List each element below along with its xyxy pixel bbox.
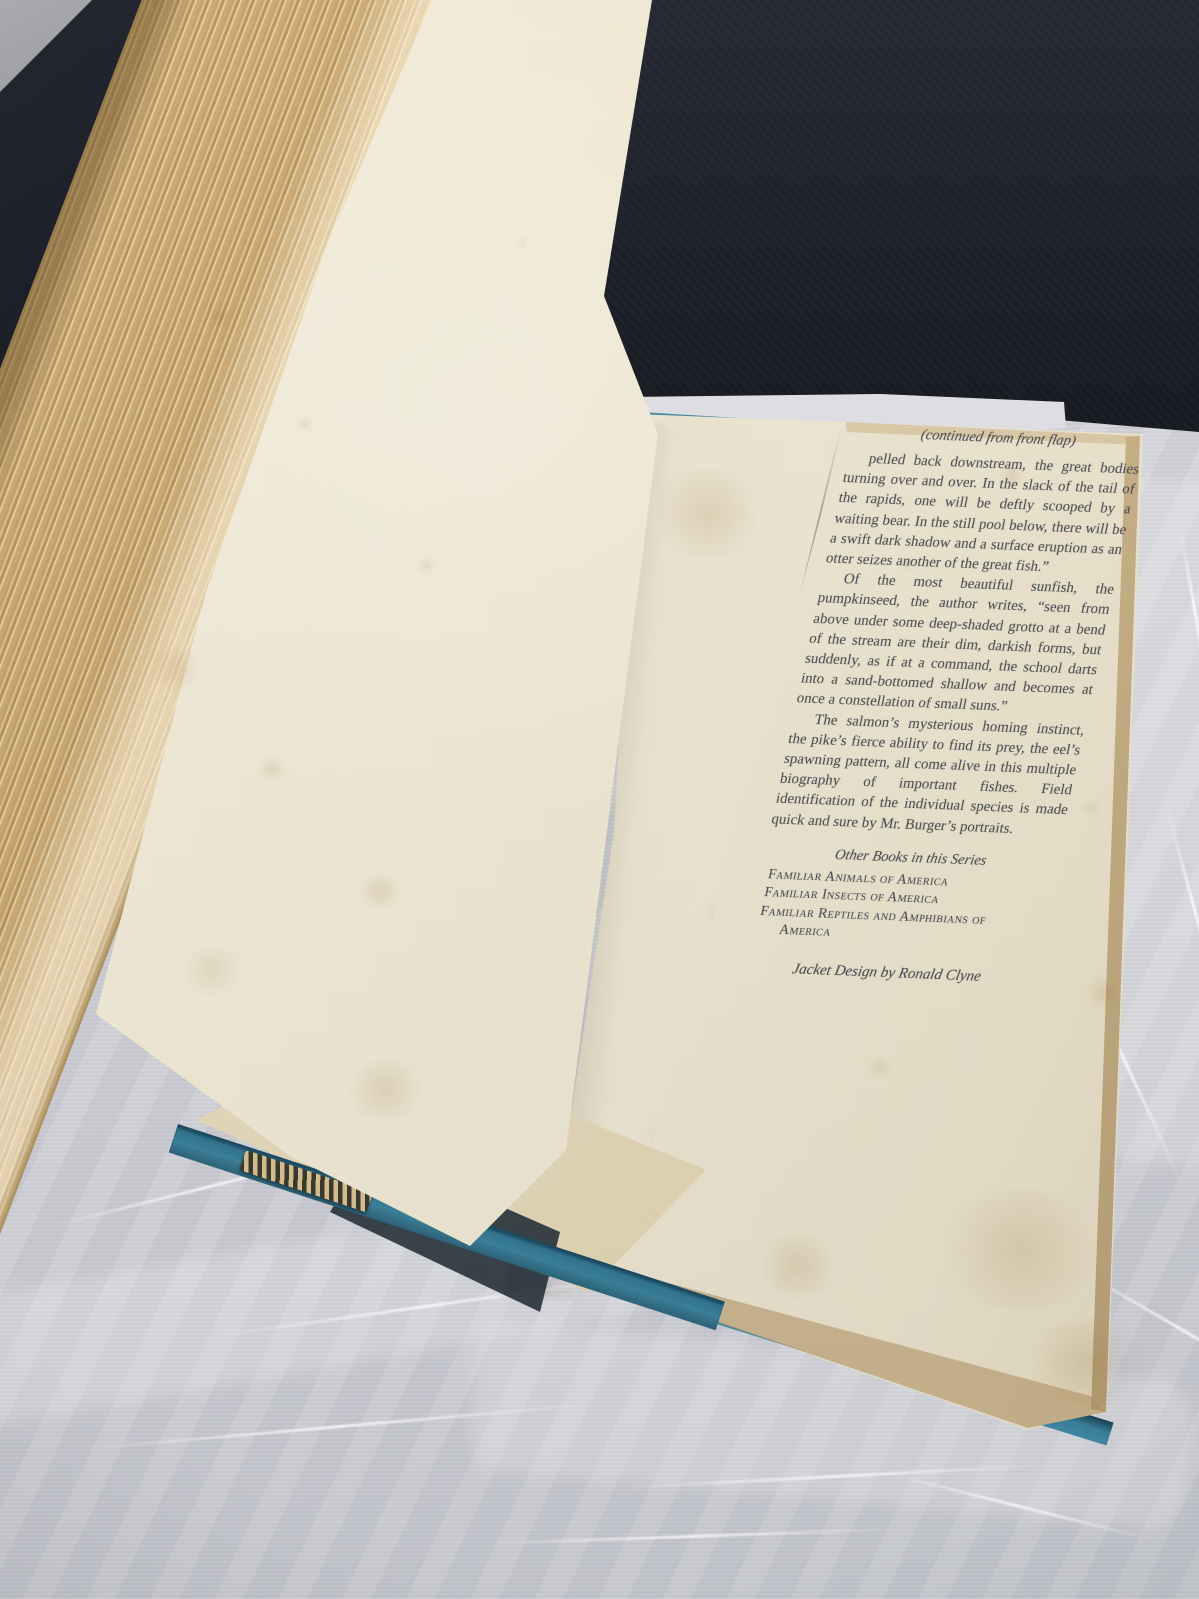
foxing-spot	[648, 468, 768, 558]
foxing-spot	[298, 418, 313, 430]
foxing-spot	[866, 1058, 893, 1077]
foxing-spot	[1082, 800, 1101, 815]
foxing-spot	[1020, 1320, 1150, 1405]
foxing-spot	[356, 876, 404, 907]
foxing-spot	[176, 946, 248, 994]
foxing-spot	[930, 1190, 1110, 1310]
foxing-spot	[418, 558, 435, 572]
foxing-spot	[146, 648, 208, 690]
foxing-spot	[340, 1060, 430, 1120]
foxing-spot	[256, 758, 288, 781]
foxing-spot	[516, 238, 529, 249]
plastic-streak	[480, 1528, 900, 1546]
foxing-spot	[1090, 970, 1116, 1016]
foxing-spot	[750, 1235, 845, 1297]
series-list: Familiar Animals of America Familiar Ins…	[747, 866, 1042, 951]
photo-open-book: (continued from front flap) pelled back …	[0, 0, 1199, 1599]
foxing-spot	[208, 306, 235, 327]
flap-paragraph: Of the most beautiful sunfish, the pumpk…	[795, 568, 1116, 720]
flap-paragraph: The salmon’s mysterious homing instinct,…	[770, 709, 1087, 841]
flap-paragraph: pelled back downstream, the great bodies…	[824, 448, 1141, 580]
